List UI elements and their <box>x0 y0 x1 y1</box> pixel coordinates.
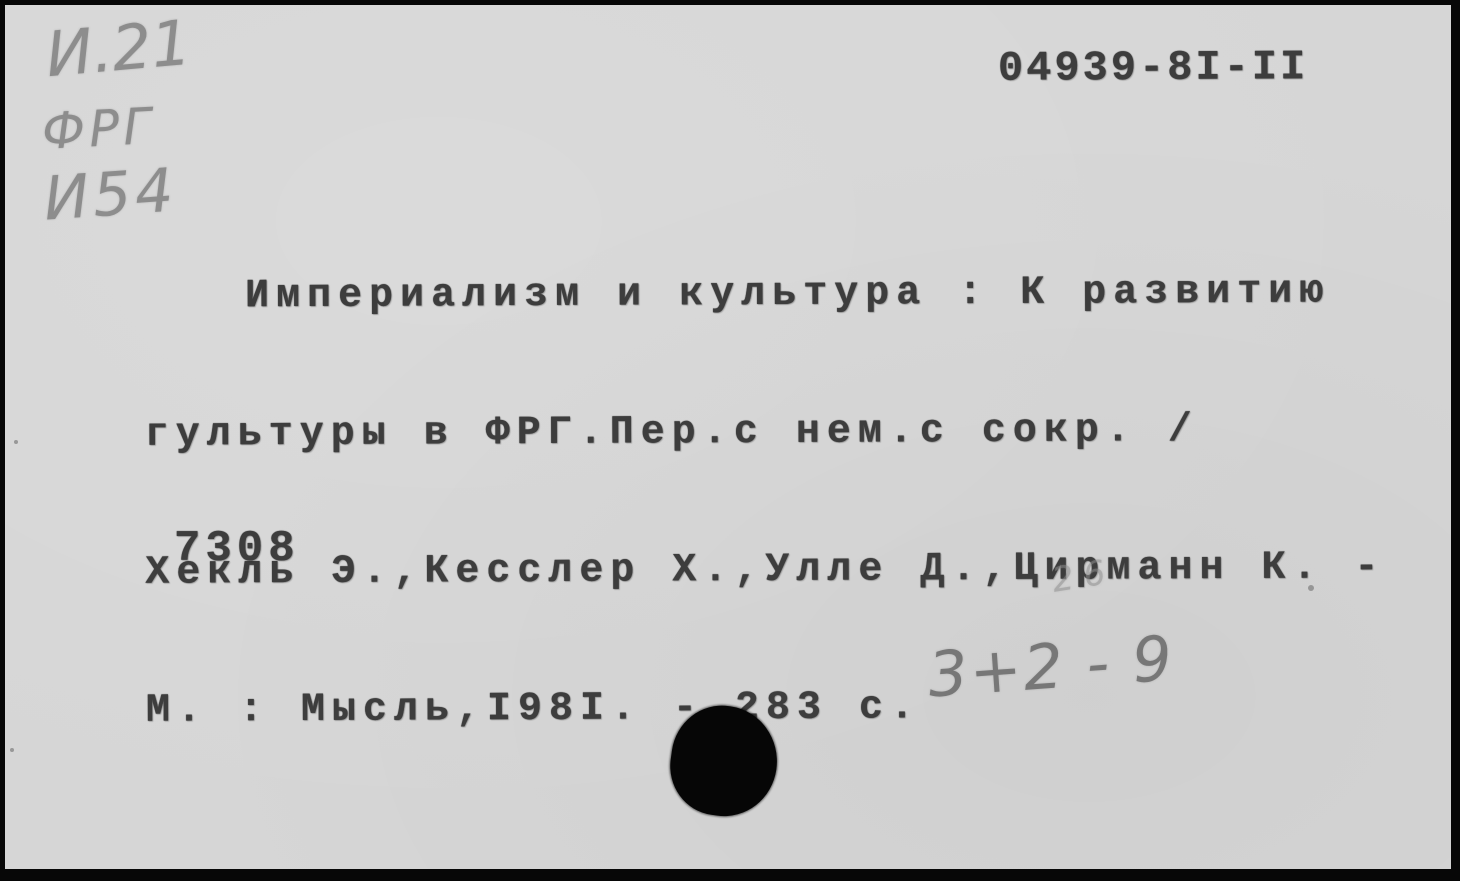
pencil-classmark-top: И.21 <box>43 6 194 91</box>
pencil-classmark-region: ФРГ <box>41 97 157 161</box>
scan-edge-right <box>1451 0 1460 881</box>
entry-subtitle-line: гультуры в ФРГ.Пер.с нем.с сокр. / <box>145 407 1385 458</box>
entry-authors-line: Хекль Э.,Кесслер Х.,Улле Д.,Цирманн К. - <box>145 545 1385 596</box>
scan-edge-left <box>0 0 5 881</box>
scanned-catalog-card: И.21 ФРГ И54 04939-8I-II Империализм и к… <box>0 0 1460 881</box>
accession-number: 04939-8I-II <box>998 43 1308 93</box>
entry-title-line: Империализм и культура : К развитию <box>144 269 1384 320</box>
scan-speck <box>1308 585 1314 591</box>
scan-edge-bottom <box>0 869 1460 881</box>
order-number: 7308 <box>174 524 300 574</box>
scan-speck <box>14 440 18 444</box>
scan-edge-top <box>0 0 1460 5</box>
scan-speck <box>10 748 14 752</box>
